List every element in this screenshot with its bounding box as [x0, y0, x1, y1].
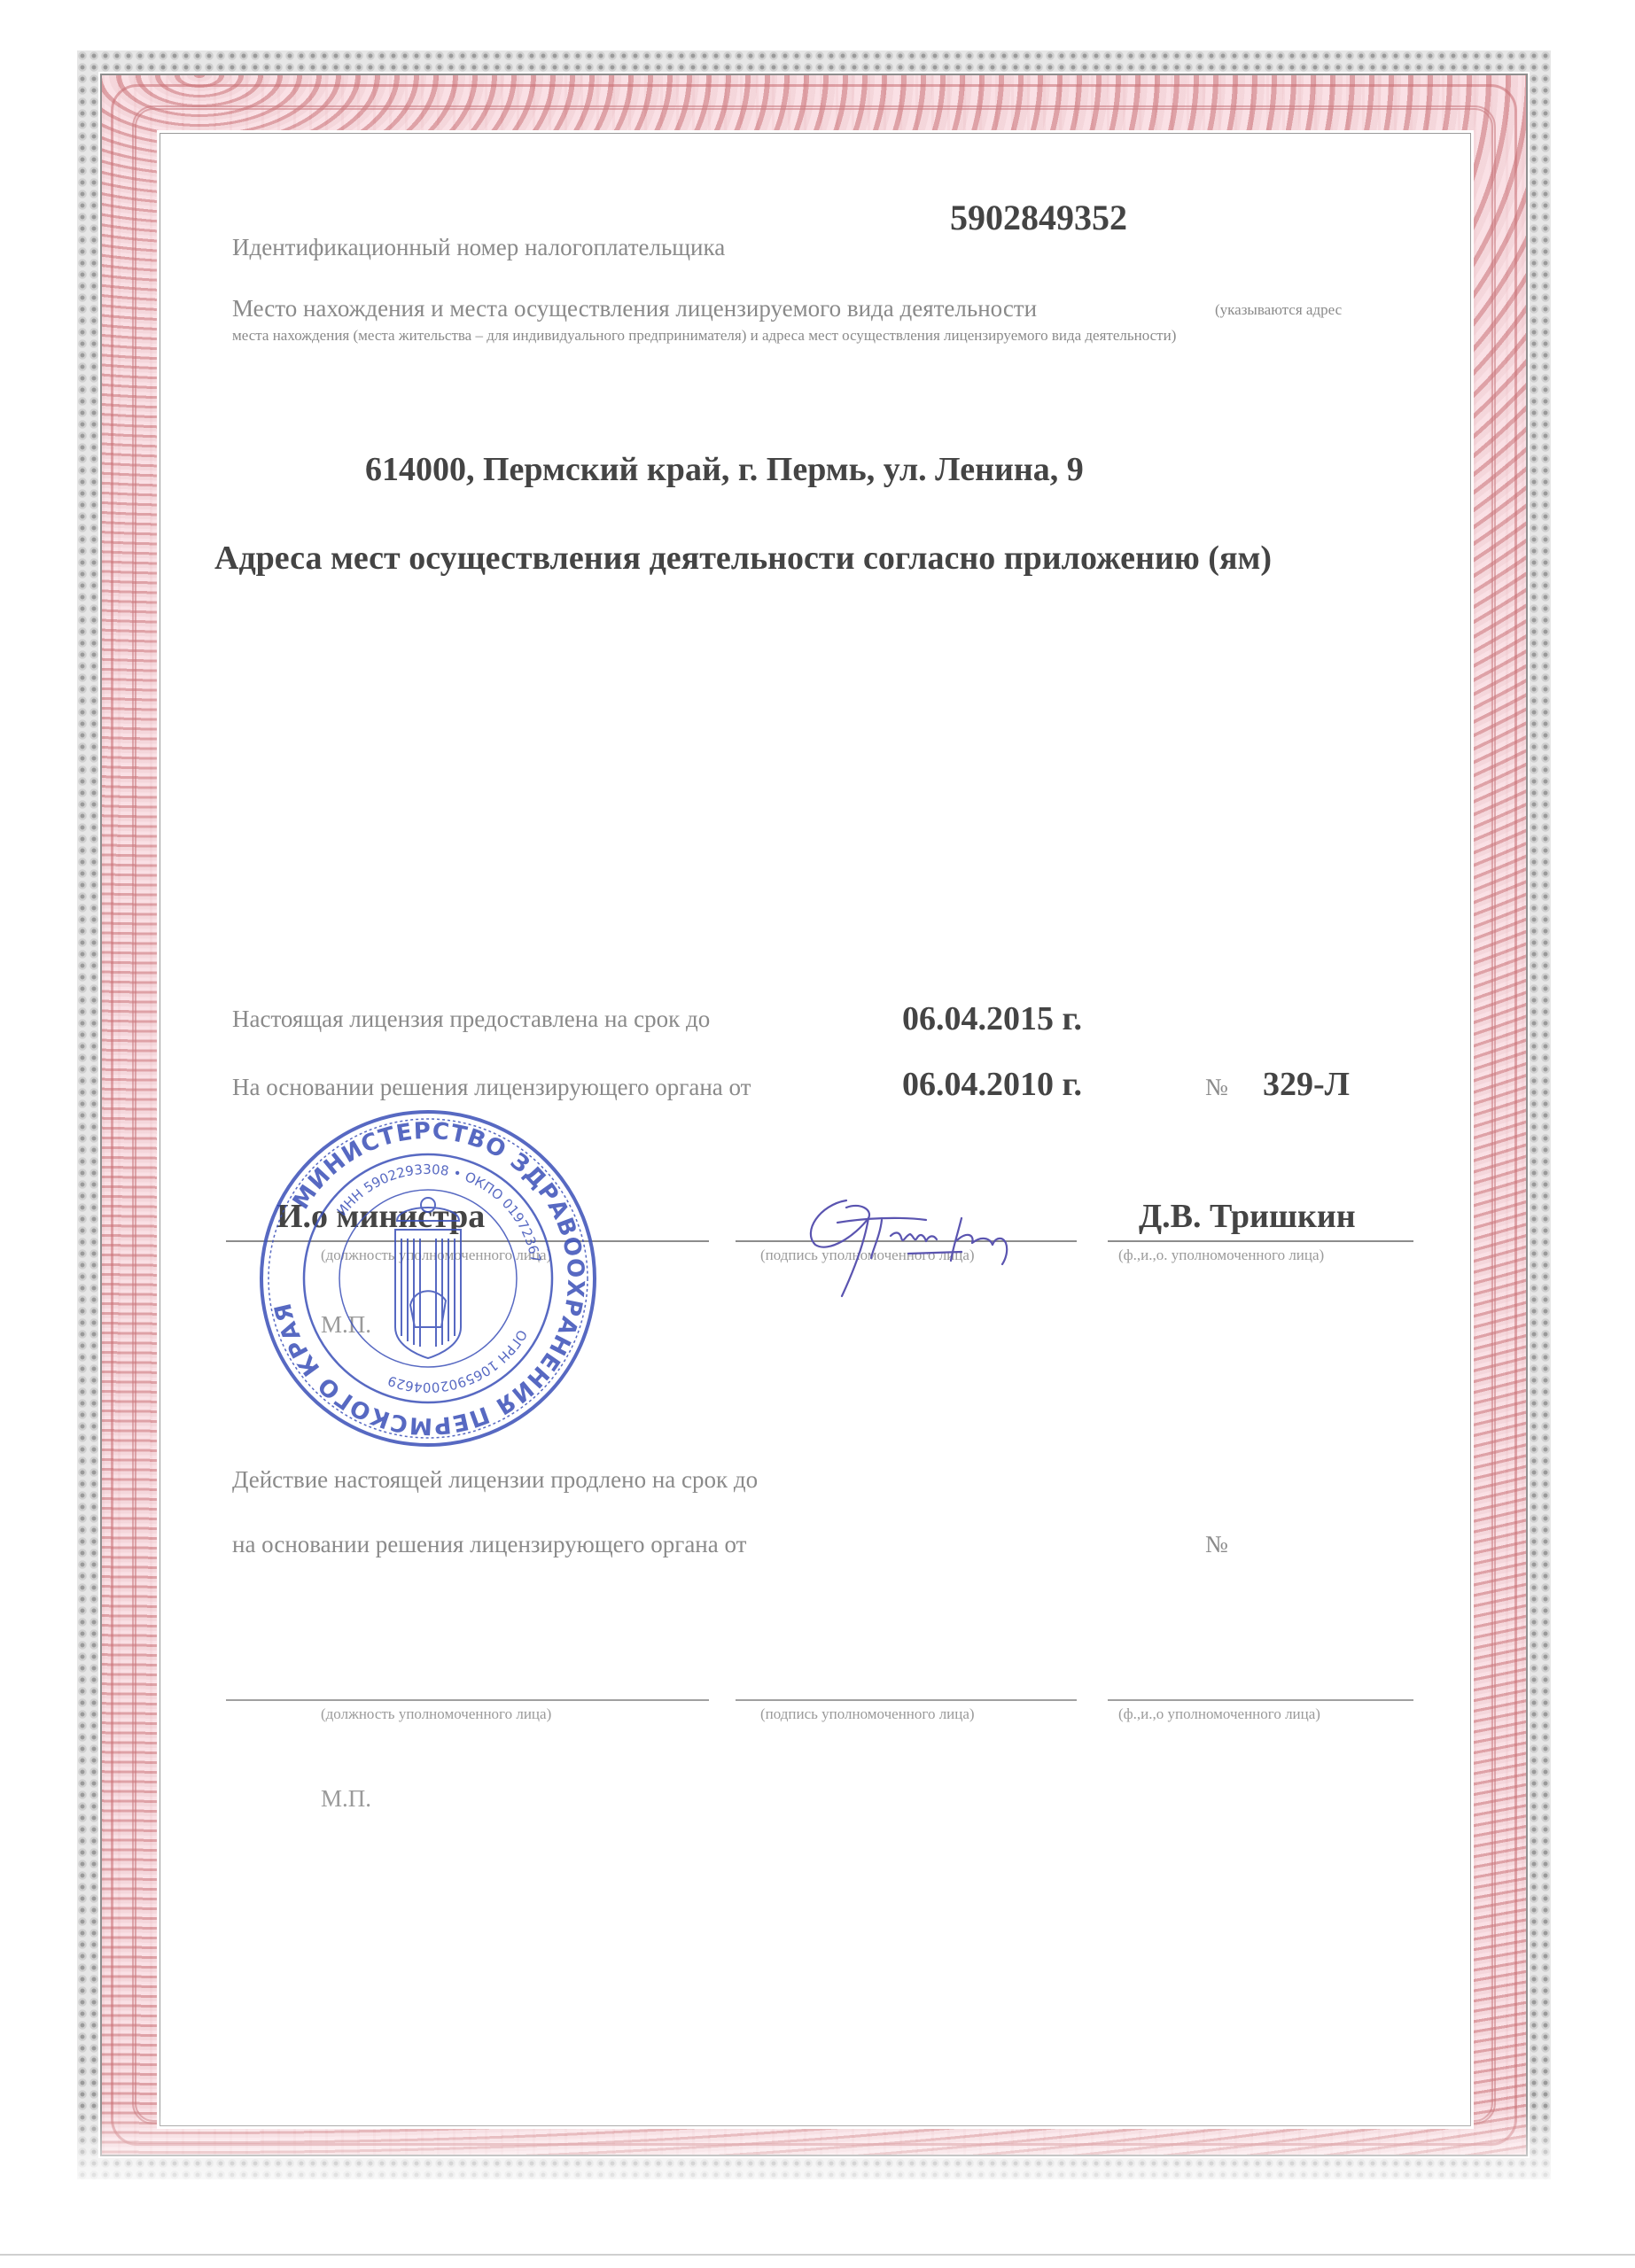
- validity-term-value: 06.04.2015 г.: [902, 999, 1082, 1038]
- extension-basis-label: на основании решения лицензирующего орга…: [232, 1531, 746, 1558]
- location-note-part1: (указываются адрес: [1215, 301, 1342, 319]
- name-rule: [1108, 1240, 1413, 1242]
- extension-caption-position: (должность уполномоченного лица): [321, 1705, 551, 1723]
- decision-number-sign: №: [1205, 1074, 1228, 1101]
- location-note-part2: места нахождения (места жительства – для…: [232, 327, 1176, 345]
- extension-name-rule: [1108, 1699, 1413, 1701]
- official-seal-stamp-icon: МИНИСТЕРСТВО ЗДРАВООХРАНЕНИЯ ПЕРМСКОГО К…: [255, 1106, 601, 1451]
- location-label: Место нахождения и места осуществления л…: [232, 295, 1037, 322]
- extension-position-rule: [226, 1699, 709, 1701]
- handwritten-signature-icon: [784, 1183, 1041, 1298]
- activities-addresses-note: Адреса мест осуществления деятельности с…: [214, 539, 1272, 578]
- decision-number-value: 329-Л: [1263, 1065, 1350, 1104]
- decision-date-value: 06.04.2010 г.: [902, 1065, 1082, 1104]
- extension-caption-name: (ф.,и.,о уполномоченного лица): [1118, 1705, 1320, 1723]
- extension-term-label: Действие настоящей лицензии продлено на …: [232, 1466, 758, 1494]
- extension-caption-signature: (подпись уполномоченного лица): [760, 1705, 975, 1723]
- validity-term-label: Настоящая лицензия предоставлена на срок…: [232, 1006, 710, 1033]
- inn-label: Идентификационный номер налогоплательщик…: [232, 234, 725, 261]
- signatory-name: Д.В. Тришкин: [1139, 1197, 1356, 1236]
- extension-signature-rule: [736, 1699, 1077, 1701]
- svg-text:ИНН 5902293308 • ОКПО 01972367: ИНН 5902293308 • ОКПО 01972367: [334, 1161, 544, 1264]
- inn-value: 5902849352: [950, 197, 1127, 238]
- address-value: 614000, Пермский край, г. Пермь, ул. Лен…: [365, 450, 1084, 489]
- scan-page-edge: [0, 2254, 1635, 2256]
- extension-seal-mark: М.П.: [321, 1785, 371, 1813]
- extension-number-sign: №: [1205, 1531, 1228, 1558]
- decision-basis-label: На основании решения лицензирующего орга…: [232, 1074, 751, 1101]
- caption-name: (ф.,и.,о. уполномоченного лица): [1118, 1247, 1324, 1264]
